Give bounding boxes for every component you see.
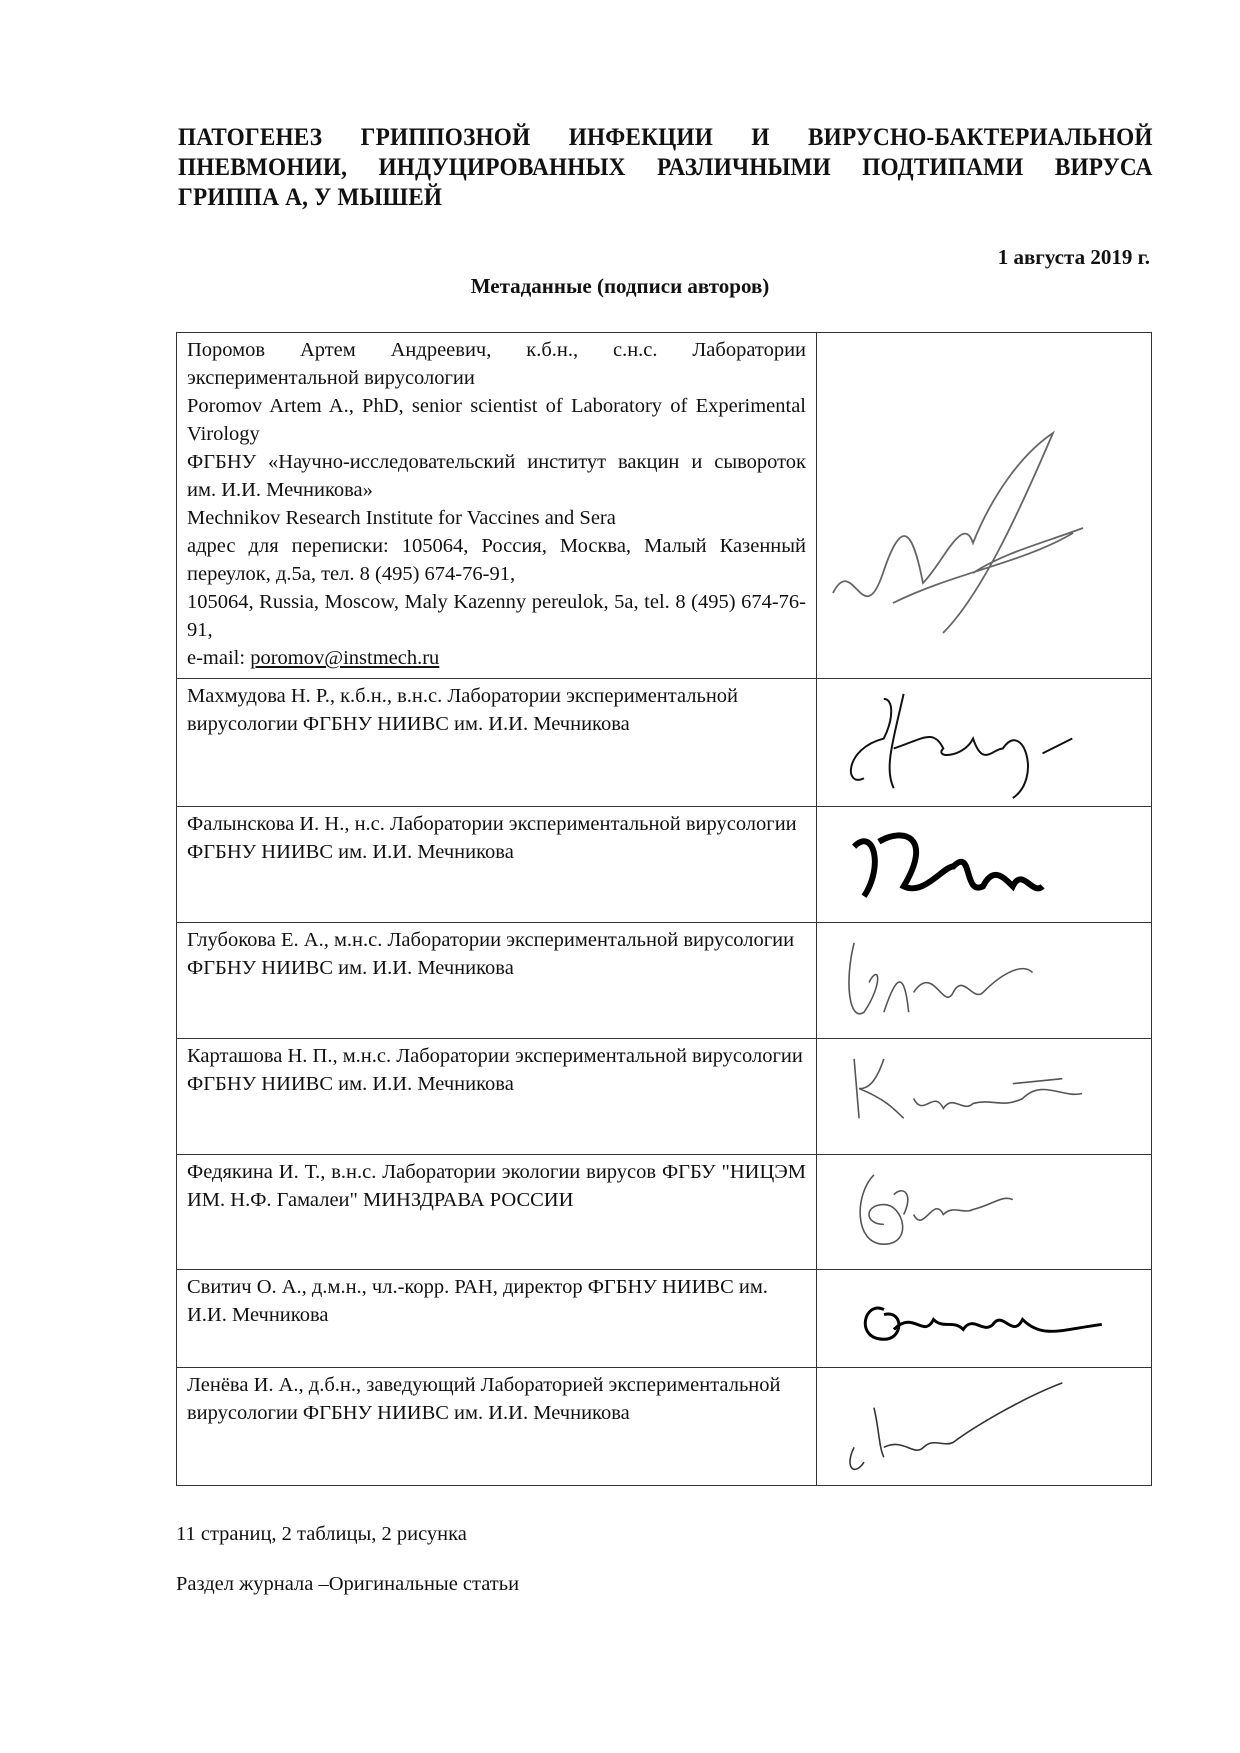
author-info: Свитич О. А., д.м.н., чл.-корр. РАН, дир… <box>177 1270 817 1368</box>
table-row: Поромов Артем Андреевич, к.б.н., с.н.с. … <box>177 333 1152 679</box>
signature-glubokova <box>817 923 1152 1039</box>
author-line: 105064, Russia, Moscow, Maly Kazenny per… <box>187 588 806 644</box>
author-info: Фалынскова И. Н., н.с. Лаборатории экспе… <box>177 807 817 923</box>
email-label: e-mail: <box>187 647 250 669</box>
metadata-heading: Метаданные (подписи авторов) <box>0 274 1240 299</box>
author-info: Поромов Артем Андреевич, к.б.н., с.н.с. … <box>177 333 817 679</box>
signature-poromov <box>817 333 1152 679</box>
signature-kartashova <box>817 1039 1152 1155</box>
table-row: Федякина И. Т., в.н.с. Лаборатории эколо… <box>177 1155 1152 1270</box>
author-line: ФГБНУ «Научно-исследовательский институт… <box>187 448 806 504</box>
signature-makhmudova <box>817 679 1152 807</box>
table-row: Глубокова Е. А., м.н.с. Лаборатории эксп… <box>177 923 1152 1039</box>
journal-section: Раздел журнала –Оригинальные статьи <box>176 1573 519 1596</box>
author-line: адрес для переписки: 105064, Россия, Мос… <box>187 532 806 588</box>
document-title: ПАТОГЕНЕЗ ГРИППОЗНОЙ ИНФЕКЦИИ И ВИРУСНО-… <box>178 123 1153 213</box>
email-line: e-mail: poromov@instmech.ru <box>187 644 806 672</box>
signature-fedyakina <box>817 1155 1152 1270</box>
table-row: Ленёва И. А., д.б.н., заведующий Лаборат… <box>177 1368 1152 1486</box>
pages-info: 11 страниц, 2 таблицы, 2 рисунка <box>176 1523 467 1546</box>
author-info: Глубокова Е. А., м.н.с. Лаборатории эксп… <box>177 923 817 1039</box>
author-info: Федякина И. Т., в.н.с. Лаборатории эколо… <box>177 1155 817 1270</box>
author-info: Махмудова Н. Р., к.б.н., в.н.с. Лаборато… <box>177 679 817 807</box>
author-info: Ленёва И. А., д.б.н., заведующий Лаборат… <box>177 1368 817 1486</box>
author-line: Mechnikov Research Institute for Vaccine… <box>187 504 806 532</box>
author-info: Карташова Н. П., м.н.с. Лаборатории эксп… <box>177 1039 817 1155</box>
table-row: Свитич О. А., д.м.н., чл.-корр. РАН, дир… <box>177 1270 1152 1368</box>
table-row: Фалынскова И. Н., н.с. Лаборатории экспе… <box>177 807 1152 923</box>
table-row: Махмудова Н. Р., к.б.н., в.н.с. Лаборато… <box>177 679 1152 807</box>
author-line: Поромов Артем Андреевич, к.б.н., с.н.с. … <box>187 336 806 392</box>
signature-falynskova <box>817 807 1152 923</box>
authors-table: Поромов Артем Андреевич, к.б.н., с.н.с. … <box>176 332 1152 1486</box>
document-date: 1 августа 2019 г. <box>998 245 1150 270</box>
signature-svitich <box>817 1270 1152 1368</box>
author-line: Poromov Artem A., PhD, senior scientist … <box>187 392 806 448</box>
table-row: Карташова Н. П., м.н.с. Лаборатории эксп… <box>177 1039 1152 1155</box>
email-link[interactable]: poromov@instmech.ru <box>250 647 439 669</box>
signature-leneva <box>817 1368 1152 1486</box>
